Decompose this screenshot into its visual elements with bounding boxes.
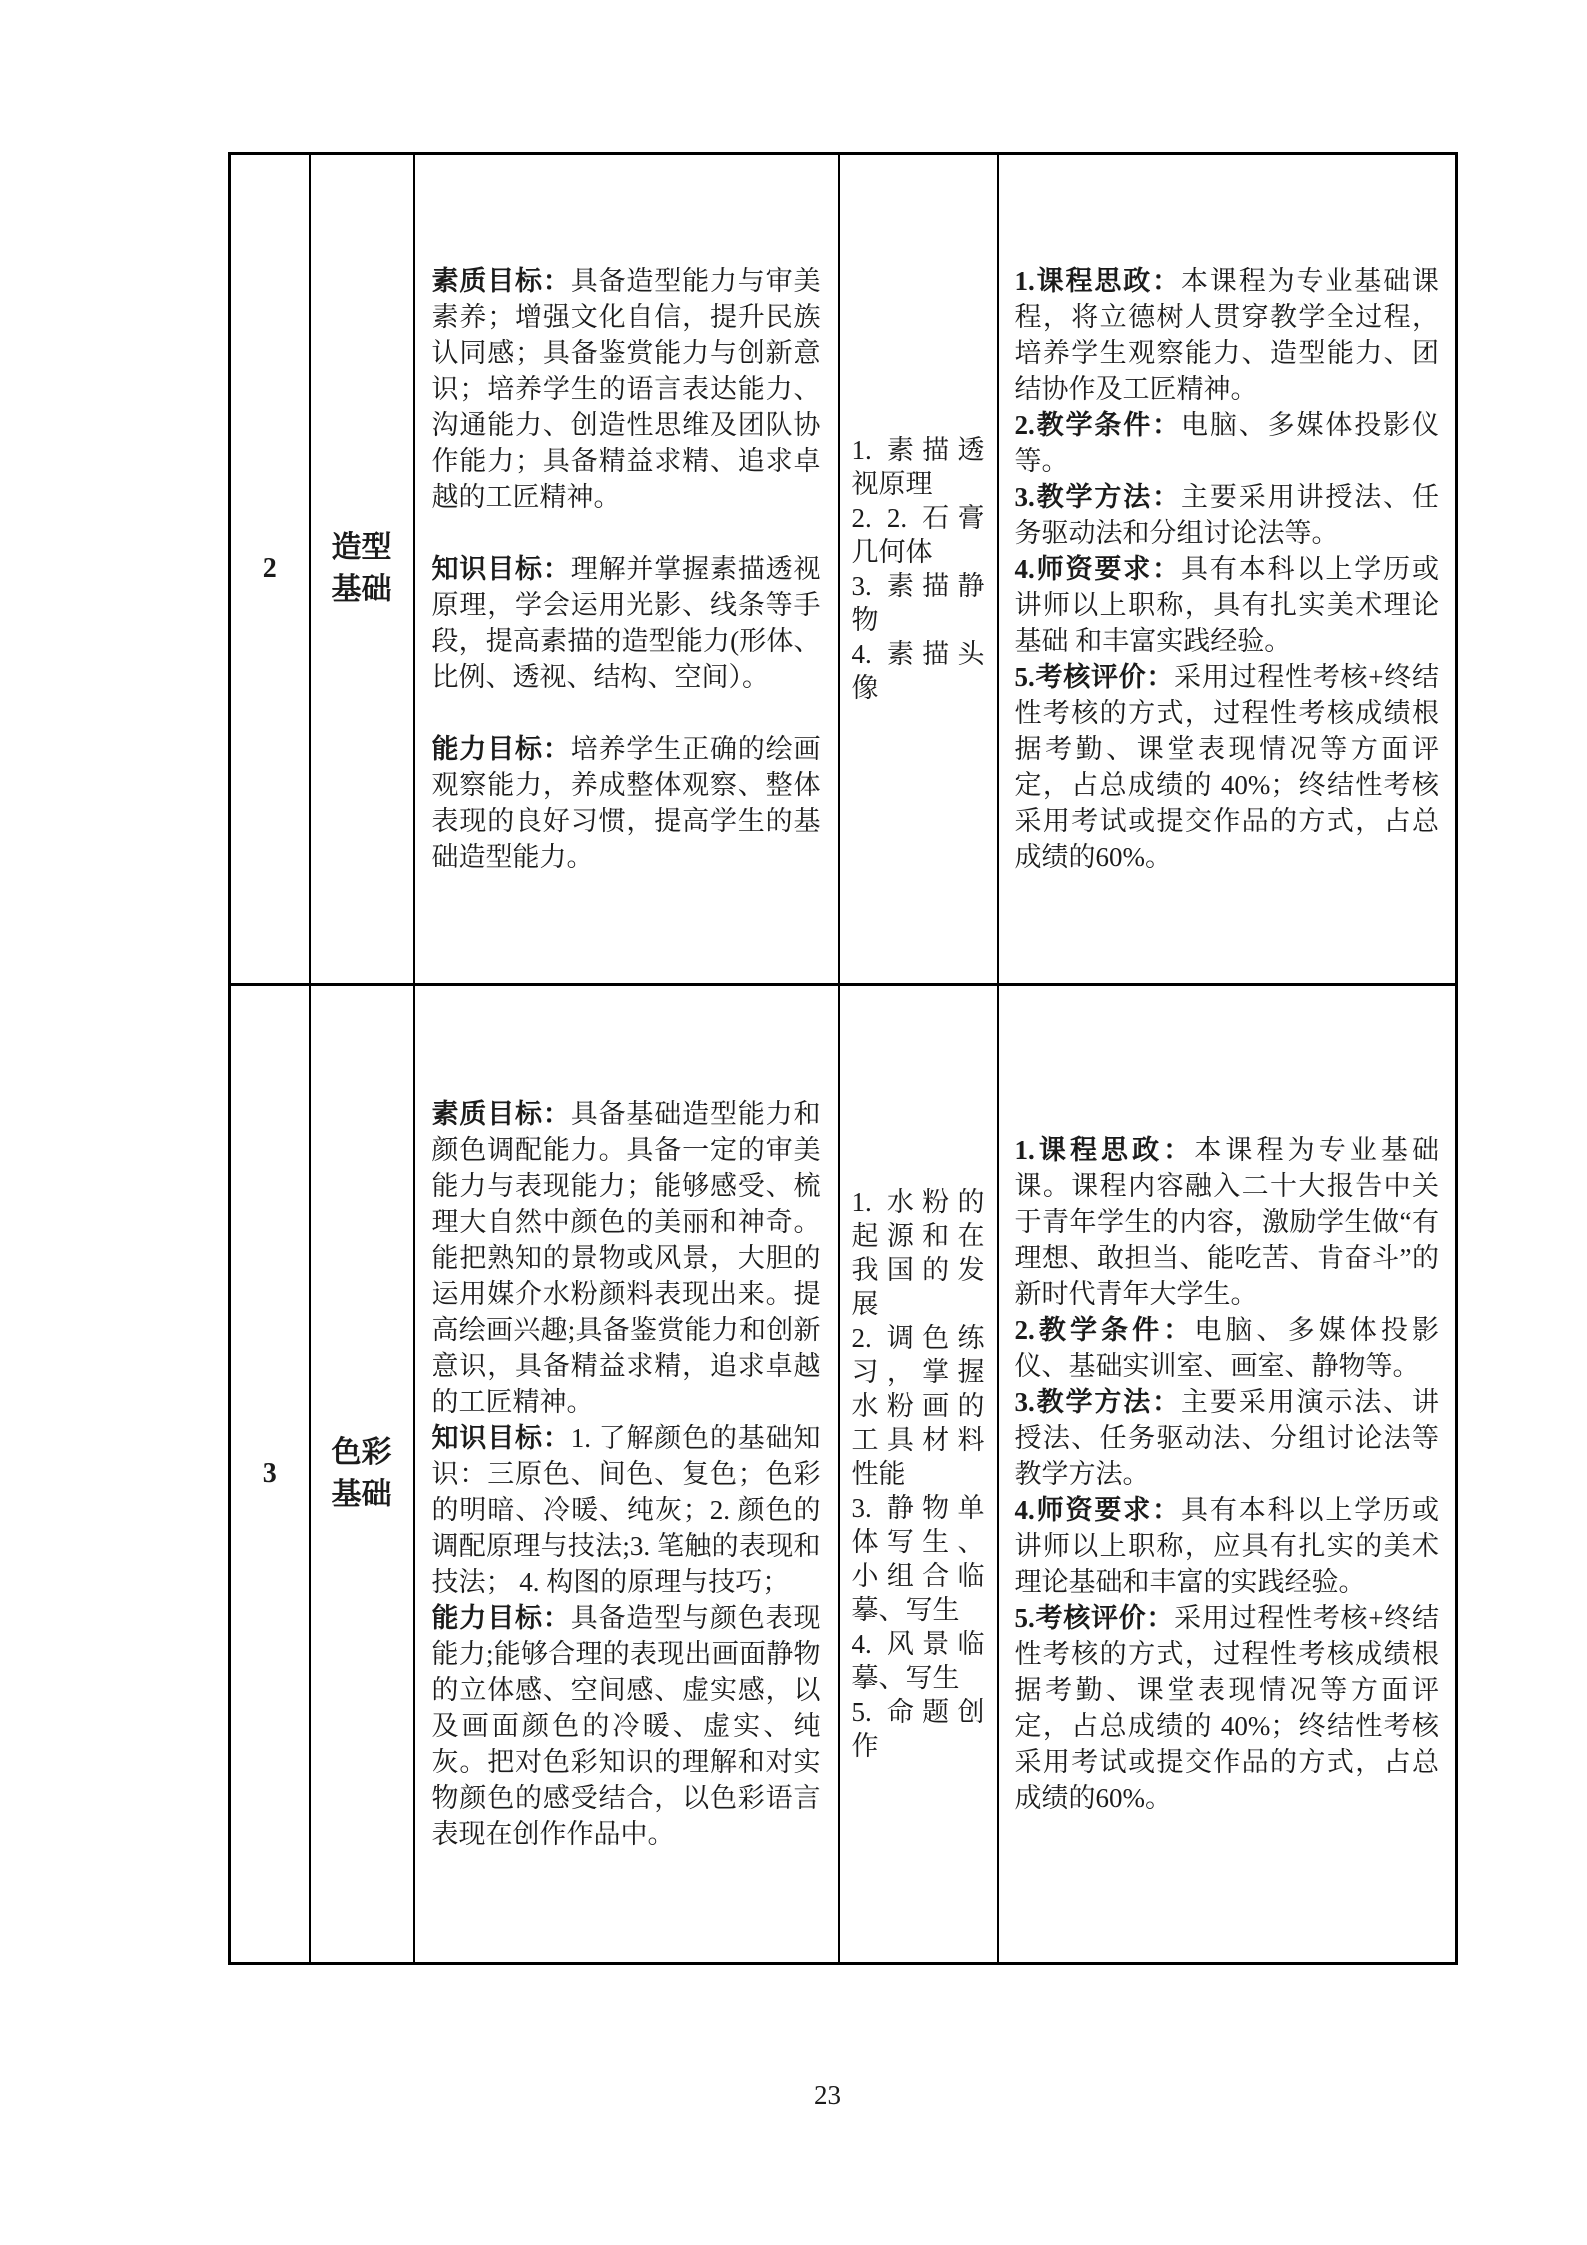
requirement-label: 3.教学方法： xyxy=(1015,1387,1182,1417)
document-page: 2 造型基础 素质目标：具备造型能力与审美素养；增强文化自信，提升民族认同感；具… xyxy=(0,0,1587,2245)
row-number-cell: 3 xyxy=(230,985,310,1964)
requirement-text: 采用过程性考核+终结性考核的方式，过程性考核成绩根据考勤、课堂表现情况等方面评定… xyxy=(1015,1603,1440,1813)
row-number-cell: 2 xyxy=(230,154,310,985)
page-number: 23 xyxy=(34,2080,1587,2111)
objective-label: 素质目标： xyxy=(432,1099,571,1129)
objective-text: 具备基础造型能力和颜色调配能力。具备一定的审美能力与表现能力；能够感受、梳理大自… xyxy=(432,1099,821,1417)
requirements-cell: 1.课程思政：本课程为专业基础课。课程内容融入二十大报告中关于青年学生的内容，激… xyxy=(998,985,1457,1964)
objective-paragraph: 知识目标：1. 了解颜色的基础知识：三原色、间色、复色；色彩的明暗、冷暖、纯灰；… xyxy=(432,1420,821,1600)
requirement-label: 5.考核评价： xyxy=(1015,662,1175,692)
content-item: 1. 水粉的起源和在我国的发展 xyxy=(852,1185,985,1321)
content-cell: 1. 素描透视原理 2. 2. 石膏几何体 3. 素描静物 4. 素描头像 xyxy=(839,154,998,985)
objective-label: 能力目标： xyxy=(432,1603,571,1633)
requirement-label: 1.课程思政： xyxy=(1015,266,1182,296)
requirement-item: 4.师资要求：具有本科以上学历或讲师以上职称，应具有扎实的美术理论基础和丰富的实… xyxy=(1015,1492,1440,1600)
requirement-item: 1.课程思政：本课程为专业基础课程，将立德树人贯穿教学全过程，培养学生观察能力、… xyxy=(1015,263,1440,407)
objective-text: 具备造型与颜色表现能力;能够合理的表现出画面静物的立体感、空间感、虚实感，以及画… xyxy=(432,1603,821,1849)
objective-paragraph: 能力目标：具备造型与颜色表现能力;能够合理的表现出画面静物的立体感、空间感、虚实… xyxy=(432,1600,821,1852)
objective-label: 素质目标： xyxy=(432,266,571,296)
objective-paragraph: 能力目标：培养学生正确的绘画观察能力，养成整体观察、整体表现的良好习惯，提高学生… xyxy=(432,731,821,875)
course-name: 造型基础 xyxy=(332,527,392,611)
requirement-item: 2.教学条件：电脑、多媒体投影仪等。 xyxy=(1015,407,1440,479)
content-item: 1. 素描透视原理 xyxy=(852,433,985,501)
content-cell: 1. 水粉的起源和在我国的发展 2. 调色练习，掌握水粉画的工具材料性能 3. … xyxy=(839,985,998,1964)
content-item: 3. 素描静物 xyxy=(852,569,985,637)
requirement-label: 2.教学条件： xyxy=(1015,410,1182,440)
row-number: 2 xyxy=(263,553,277,584)
requirement-label: 3.教学方法： xyxy=(1015,482,1182,512)
requirement-label: 4.师资要求： xyxy=(1015,554,1182,584)
objective-paragraph: 素质目标：具备造型能力与审美素养；增强文化自信，提升民族认同感；具备鉴赏能力与创… xyxy=(432,263,821,515)
table-row: 2 造型基础 素质目标：具备造型能力与审美素养；增强文化自信，提升民族认同感；具… xyxy=(230,154,1457,985)
objectives-cell: 素质目标：具备造型能力与审美素养；增强文化自信，提升民族认同感；具备鉴赏能力与创… xyxy=(414,154,839,985)
content-item: 3. 静物单体写生、小组合临摹、写生 xyxy=(852,1491,985,1627)
objectives-cell: 素质目标：具备基础造型能力和颜色调配能力。具备一定的审美能力与表现能力；能够感受… xyxy=(414,985,839,1964)
objective-paragraph: 素质目标：具备基础造型能力和颜色调配能力。具备一定的审美能力与表现能力；能够感受… xyxy=(432,1096,821,1420)
requirement-item: 2.教学条件：电脑、多媒体投影仪、基础实训室、画室、静物等。 xyxy=(1015,1312,1440,1384)
content-item: 2. 2. 石膏几何体 xyxy=(852,501,985,569)
requirement-item: 3.教学方法：主要采用演示法、讲授法、任务驱动法、分组讨论法等教学方法。 xyxy=(1015,1384,1440,1492)
requirement-text: 采用过程性考核+终结性考核的方式，过程性考核成绩根据考勤、课堂表现情况等方面评定… xyxy=(1015,662,1440,872)
row-number: 3 xyxy=(263,1458,277,1489)
content-item: 4. 风景临摹、写生 xyxy=(852,1627,985,1695)
objective-label: 知识目标： xyxy=(432,554,571,584)
requirement-label: 4.师资要求： xyxy=(1015,1495,1182,1525)
requirement-item: 5.考核评价：采用过程性考核+终结性考核的方式，过程性考核成绩根据考勤、课堂表现… xyxy=(1015,1600,1440,1816)
content-item: 5. 命题创作 xyxy=(852,1695,985,1763)
objective-label: 能力目标： xyxy=(432,734,571,764)
requirement-item: 3.教学方法：主要采用讲授法、任务驱动法和分组讨论法等。 xyxy=(1015,479,1440,551)
requirement-label: 5.考核评价： xyxy=(1015,1603,1175,1633)
requirement-label: 2.教学条件： xyxy=(1015,1315,1195,1345)
course-name: 色彩基础 xyxy=(332,1432,392,1516)
requirements-cell: 1.课程思政：本课程为专业基础课程，将立德树人贯穿教学全过程，培养学生观察能力、… xyxy=(998,154,1457,985)
requirement-item: 5.考核评价：采用过程性考核+终结性考核的方式，过程性考核成绩根据考勤、课堂表现… xyxy=(1015,659,1440,875)
requirement-item: 1.课程思政：本课程为专业基础课。课程内容融入二十大报告中关于青年学生的内容，激… xyxy=(1015,1132,1440,1312)
objective-text: 具备造型能力与审美素养；增强文化自信，提升民族认同感；具备鉴赏能力与创新意识；培… xyxy=(432,266,821,512)
objective-paragraph: 知识目标：理解并掌握素描透视原理，学会运用光影、线条等手段，提高素描的造型能力(… xyxy=(432,551,821,695)
requirement-label: 1.课程思政： xyxy=(1015,1135,1195,1165)
course-name-cell: 造型基础 xyxy=(310,154,414,985)
content-item: 2. 调色练习，掌握水粉画的工具材料性能 xyxy=(852,1321,985,1491)
table-row: 3 色彩基础 素质目标：具备基础造型能力和颜色调配能力。具备一定的审美能力与表现… xyxy=(230,985,1457,1964)
content-item: 4. 素描头像 xyxy=(852,637,985,705)
requirement-item: 4.师资要求：具有本科以上学历或讲师以上职称，具有扎实美术理论基础 和丰富实践经… xyxy=(1015,551,1440,659)
course-name-cell: 色彩基础 xyxy=(310,985,414,1964)
objective-label: 知识目标： xyxy=(432,1423,571,1453)
course-table: 2 造型基础 素质目标：具备造型能力与审美素养；增强文化自信，提升民族认同感；具… xyxy=(228,152,1458,1965)
